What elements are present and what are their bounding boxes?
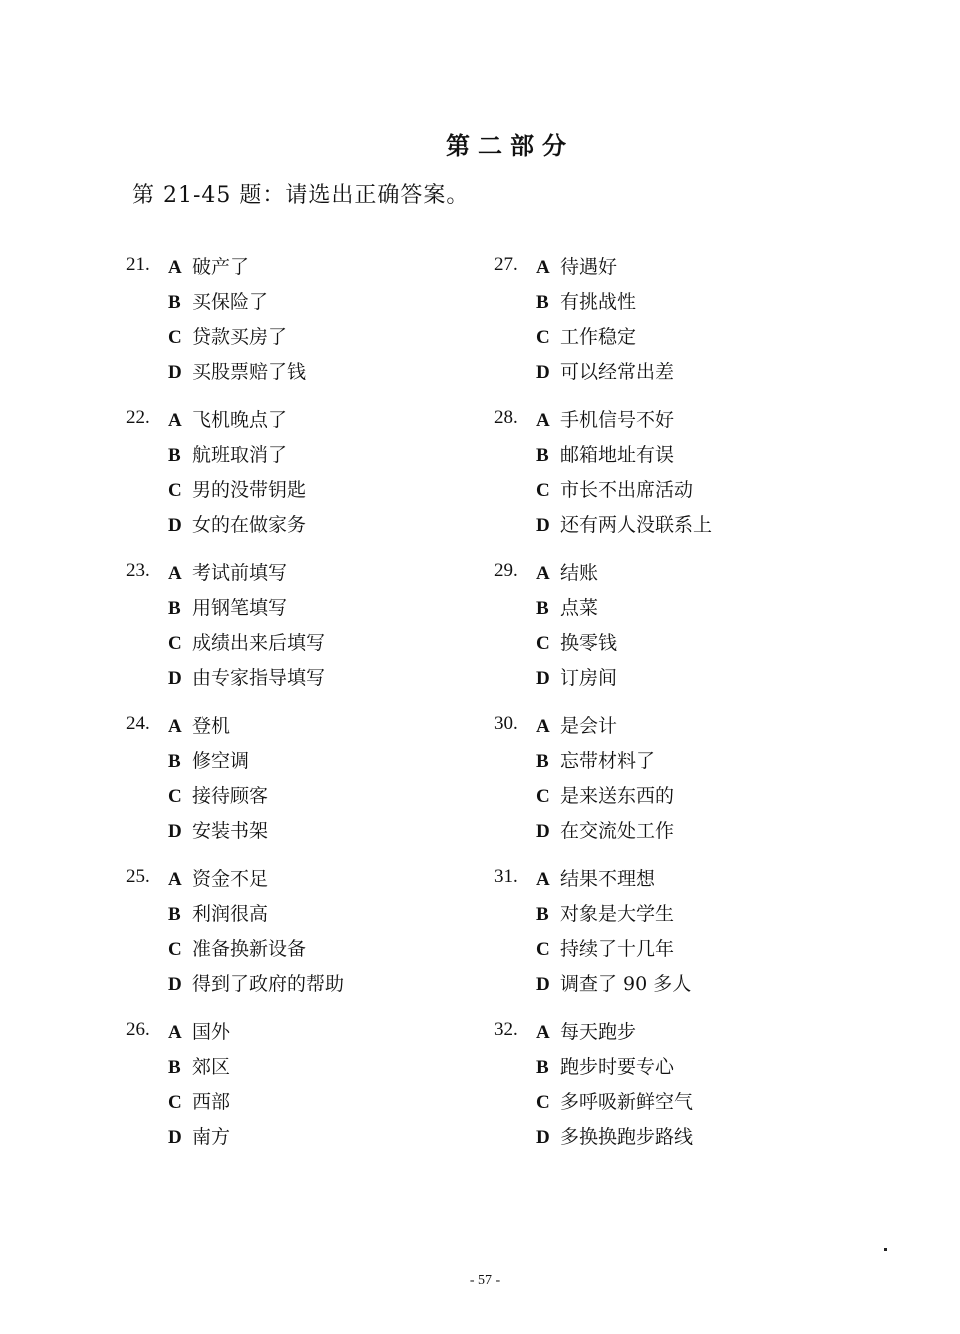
option-a: A结果不理想 xyxy=(536,866,691,901)
question-number: 31. xyxy=(494,866,534,888)
option-letter: A xyxy=(536,561,560,587)
option-d: D多换换跑步路线 xyxy=(536,1124,693,1159)
option-letter: D xyxy=(536,513,560,539)
option-letter: B xyxy=(536,902,560,928)
option-letter: C xyxy=(536,1090,560,1116)
option-c: C男的没带钥匙 xyxy=(168,477,306,512)
option-text: 安装书架 xyxy=(192,820,268,842)
option-text: 买保险了 xyxy=(192,291,268,313)
question-number: 29. xyxy=(494,560,534,582)
option-text: 成绩出来后填写 xyxy=(192,632,325,654)
option-a: A登机 xyxy=(168,713,268,748)
option-letter: D xyxy=(536,972,560,998)
option-text: 是会计 xyxy=(560,715,617,737)
question-number: 23. xyxy=(126,560,166,582)
option-c: C接待顾客 xyxy=(168,783,268,818)
option-letter: B xyxy=(168,749,192,775)
option-text: 工作稳定 xyxy=(560,326,636,348)
option-d: D得到了政府的帮助 xyxy=(168,971,344,1006)
question-number: 28. xyxy=(494,407,534,429)
option-letter: A xyxy=(536,1020,560,1046)
question-number: 30. xyxy=(494,713,534,735)
option-text: 每天跑步 xyxy=(560,1021,636,1043)
option-d: D还有两人没联系上 xyxy=(536,512,712,547)
option-letter: C xyxy=(536,784,560,810)
option-letter: A xyxy=(168,867,192,893)
option-letter: C xyxy=(168,631,192,657)
option-letter: B xyxy=(536,596,560,622)
option-a: A资金不足 xyxy=(168,866,344,901)
option-letter: B xyxy=(536,1055,560,1081)
question-number: 26. xyxy=(126,1019,166,1041)
option-text: 结果不理想 xyxy=(560,868,655,890)
option-c: C多呼吸新鲜空气 xyxy=(536,1089,693,1124)
option-text: 跑步时要专心 xyxy=(560,1056,674,1078)
option-a: A待遇好 xyxy=(536,254,674,289)
option-text: 点菜 xyxy=(560,597,598,619)
option-a: A结账 xyxy=(536,560,617,595)
option-text: 接待顾客 xyxy=(192,785,268,807)
option-a: A每天跑步 xyxy=(536,1019,693,1054)
option-letter: A xyxy=(536,255,560,281)
option-c: C准备换新设备 xyxy=(168,936,344,971)
option-letter: B xyxy=(536,749,560,775)
question-number: 22. xyxy=(126,407,166,429)
option-text: 还有两人没联系上 xyxy=(560,514,712,536)
option-letter: D xyxy=(168,666,192,692)
option-d: D买股票赔了钱 xyxy=(168,359,306,394)
scan-speck xyxy=(884,1248,887,1251)
option-letter: A xyxy=(168,714,192,740)
option-a: A破产了 xyxy=(168,254,306,289)
option-text: 换零钱 xyxy=(560,632,617,654)
option-d: D女的在做家务 xyxy=(168,512,306,547)
option-text: 郊区 xyxy=(192,1056,230,1078)
option-text: 航班取消了 xyxy=(192,444,287,466)
option-text: 利润很高 xyxy=(192,903,268,925)
option-c: C西部 xyxy=(168,1089,230,1124)
option-a: A手机信号不好 xyxy=(536,407,712,442)
option-b: B忘带材料了 xyxy=(536,748,674,783)
option-text: 待遇好 xyxy=(560,256,617,278)
option-letter: B xyxy=(168,902,192,928)
option-b: B对象是大学生 xyxy=(536,901,691,936)
option-text: 贷款买房了 xyxy=(192,326,287,348)
option-letter: A xyxy=(168,255,192,281)
options-list: A国外 B郊区 C西部 D南方 xyxy=(168,1019,230,1159)
option-text: 飞机晚点了 xyxy=(192,409,287,431)
option-text: 持续了十几年 xyxy=(560,938,674,960)
question-number: 27. xyxy=(494,254,534,276)
option-letter: C xyxy=(536,937,560,963)
option-text: 调查了 90 多人 xyxy=(560,973,691,995)
option-b: B郊区 xyxy=(168,1054,230,1089)
options-list: A结账 B点菜 C换零钱 D订房间 xyxy=(536,560,617,700)
option-letter: C xyxy=(168,325,192,351)
option-text: 国外 xyxy=(192,1021,230,1043)
option-b: B有挑战性 xyxy=(536,289,674,324)
question-number: 32. xyxy=(494,1019,534,1041)
options-list: A考试前填写 B用钢笔填写 C成绩出来后填写 D由专家指导填写 xyxy=(168,560,325,700)
option-letter: C xyxy=(168,1090,192,1116)
option-d: D由专家指导填写 xyxy=(168,665,325,700)
option-b: B买保险了 xyxy=(168,289,306,324)
option-letter: D xyxy=(536,819,560,845)
option-text: 由专家指导填写 xyxy=(192,667,325,689)
option-letter: A xyxy=(168,408,192,434)
question-number: 24. xyxy=(126,713,166,735)
option-a: A飞机晚点了 xyxy=(168,407,306,442)
option-a: A国外 xyxy=(168,1019,230,1054)
option-letter: B xyxy=(168,1055,192,1081)
options-list: A手机信号不好 B邮箱地址有误 C市长不出席活动 D还有两人没联系上 xyxy=(536,407,712,547)
option-text: 忘带材料了 xyxy=(560,750,655,772)
option-a: A考试前填写 xyxy=(168,560,325,595)
option-text: 买股票赔了钱 xyxy=(192,361,306,383)
option-text: 手机信号不好 xyxy=(560,409,674,431)
option-letter: A xyxy=(536,714,560,740)
option-text: 南方 xyxy=(192,1126,230,1148)
option-letter: D xyxy=(536,1125,560,1151)
option-text: 登机 xyxy=(192,715,230,737)
option-letter: B xyxy=(536,443,560,469)
question-number: 25. xyxy=(126,866,166,888)
option-letter: B xyxy=(536,290,560,316)
option-d: D在交流处工作 xyxy=(536,818,674,853)
option-letter: B xyxy=(168,290,192,316)
option-letter: C xyxy=(168,937,192,963)
option-d: D订房间 xyxy=(536,665,617,700)
option-b: B利润很高 xyxy=(168,901,344,936)
option-text: 订房间 xyxy=(560,667,617,689)
option-text: 女的在做家务 xyxy=(192,514,306,536)
option-c: C是来送东西的 xyxy=(536,783,674,818)
option-b: B跑步时要专心 xyxy=(536,1054,693,1089)
option-letter: A xyxy=(536,408,560,434)
page-number: - 57 - xyxy=(0,1273,960,1289)
instruction-text: 第 21-45 题：请选出正确答案。 xyxy=(132,178,469,209)
option-letter: A xyxy=(536,867,560,893)
option-b: B修空调 xyxy=(168,748,268,783)
options-list: A是会计 B忘带材料了 C是来送东西的 D在交流处工作 xyxy=(536,713,674,853)
options-list: A破产了 B买保险了 C贷款买房了 D买股票赔了钱 xyxy=(168,254,306,394)
options-list: A每天跑步 B跑步时要专心 C多呼吸新鲜空气 D多换换跑步路线 xyxy=(536,1019,693,1159)
option-letter: C xyxy=(168,784,192,810)
option-c: C持续了十几年 xyxy=(536,936,691,971)
option-letter: A xyxy=(168,561,192,587)
option-text: 可以经常出差 xyxy=(560,361,674,383)
option-c: C换零钱 xyxy=(536,630,617,665)
options-list: A结果不理想 B对象是大学生 C持续了十几年 D调查了 90 多人 xyxy=(536,866,691,1006)
option-b: B航班取消了 xyxy=(168,442,306,477)
option-letter: D xyxy=(536,360,560,386)
option-letter: D xyxy=(168,972,192,998)
option-text: 有挑战性 xyxy=(560,291,636,313)
option-letter: D xyxy=(168,513,192,539)
option-c: C贷款买房了 xyxy=(168,324,306,359)
option-text: 男的没带钥匙 xyxy=(192,479,306,501)
option-text: 市长不出席活动 xyxy=(560,479,693,501)
option-d: D可以经常出差 xyxy=(536,359,674,394)
option-d: D安装书架 xyxy=(168,818,268,853)
option-b: B用钢笔填写 xyxy=(168,595,325,630)
option-text: 得到了政府的帮助 xyxy=(192,973,344,995)
option-text: 邮箱地址有误 xyxy=(560,444,674,466)
option-text: 破产了 xyxy=(192,256,249,278)
option-c: C成绩出来后填写 xyxy=(168,630,325,665)
option-letter: C xyxy=(536,325,560,351)
option-letter: C xyxy=(536,631,560,657)
options-list: A飞机晚点了 B航班取消了 C男的没带钥匙 D女的在做家务 xyxy=(168,407,306,547)
option-c: C工作稳定 xyxy=(536,324,674,359)
option-letter: B xyxy=(168,596,192,622)
option-letter: B xyxy=(168,443,192,469)
option-letter: D xyxy=(168,1125,192,1151)
option-c: C市长不出席活动 xyxy=(536,477,712,512)
option-text: 在交流处工作 xyxy=(560,820,674,842)
option-text: 用钢笔填写 xyxy=(192,597,287,619)
option-text: 修空调 xyxy=(192,750,249,772)
option-a: A是会计 xyxy=(536,713,674,748)
option-text: 多呼吸新鲜空气 xyxy=(560,1091,693,1113)
option-b: B邮箱地址有误 xyxy=(536,442,712,477)
option-letter: C xyxy=(536,478,560,504)
option-text: 结账 xyxy=(560,562,598,584)
option-text: 准备换新设备 xyxy=(192,938,306,960)
option-letter: A xyxy=(168,1020,192,1046)
option-text: 对象是大学生 xyxy=(560,903,674,925)
option-text: 资金不足 xyxy=(192,868,268,890)
option-letter: D xyxy=(168,360,192,386)
option-b: B点菜 xyxy=(536,595,617,630)
options-list: A资金不足 B利润很高 C准备换新设备 D得到了政府的帮助 xyxy=(168,866,344,1006)
option-text: 多换换跑步路线 xyxy=(560,1126,693,1148)
option-text: 考试前填写 xyxy=(192,562,287,584)
option-letter: D xyxy=(536,666,560,692)
option-letter: D xyxy=(168,819,192,845)
option-text: 西部 xyxy=(192,1091,230,1113)
option-letter: C xyxy=(168,478,192,504)
question-number: 21. xyxy=(126,254,166,276)
options-list: A待遇好 B有挑战性 C工作稳定 D可以经常出差 xyxy=(536,254,674,394)
options-list: A登机 B修空调 C接待顾客 D安装书架 xyxy=(168,713,268,853)
option-d: D南方 xyxy=(168,1124,230,1159)
option-text: 是来送东西的 xyxy=(560,785,674,807)
option-d: D调查了 90 多人 xyxy=(536,971,691,1006)
section-title: 第二部分 xyxy=(0,126,960,161)
